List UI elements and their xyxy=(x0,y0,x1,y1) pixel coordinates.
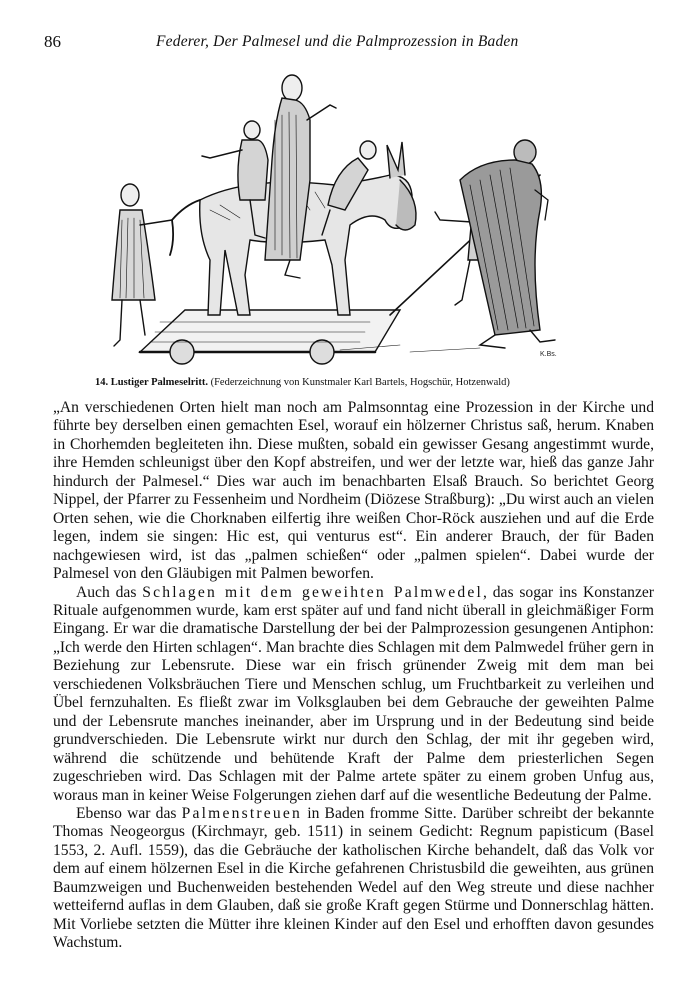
caption-number: 14. xyxy=(95,377,108,388)
paragraph-2-rest: , das sogar ins Konstanzer Rituale aufge… xyxy=(53,584,654,804)
paragraph-2: Auch das Schlagen mit dem geweihten Palm… xyxy=(53,584,654,805)
pen-drawing-icon xyxy=(100,60,570,370)
caption-title: Lustiger Palmeselritt. xyxy=(111,377,208,388)
paragraph-2-lead: Auch das xyxy=(76,584,142,601)
illustration-palmesel-ride xyxy=(100,60,570,370)
paragraph-2-emphasis: Schlagen mit dem geweihten Palmwedel xyxy=(142,584,483,601)
paragraph-3-lead: Ebenso war das xyxy=(76,805,182,822)
paragraph-3-emphasis: Palmenstreuen xyxy=(182,805,302,822)
paragraph-1: „An verschiedenen Orten hielt man noch a… xyxy=(53,399,654,584)
artist-signature: K.Bs. xyxy=(540,351,557,358)
running-head: Federer, Der Palmesel und die Palmprozes… xyxy=(156,33,518,51)
caption-credit: (Federzeichnung von Kunstmaler Karl Bart… xyxy=(211,377,510,388)
paragraph-3: Ebenso war das Palmenstreuen in Baden fr… xyxy=(53,805,654,953)
paragraph-3-rest: in Baden fromme Sitte. Darüber schreibt … xyxy=(53,805,654,951)
figure-caption: 14. Lustiger Palmeselritt. (Federzeichnu… xyxy=(95,377,615,388)
page-number: 86 xyxy=(44,32,61,52)
body-text: „An verschiedenen Orten hielt man noch a… xyxy=(53,399,654,953)
